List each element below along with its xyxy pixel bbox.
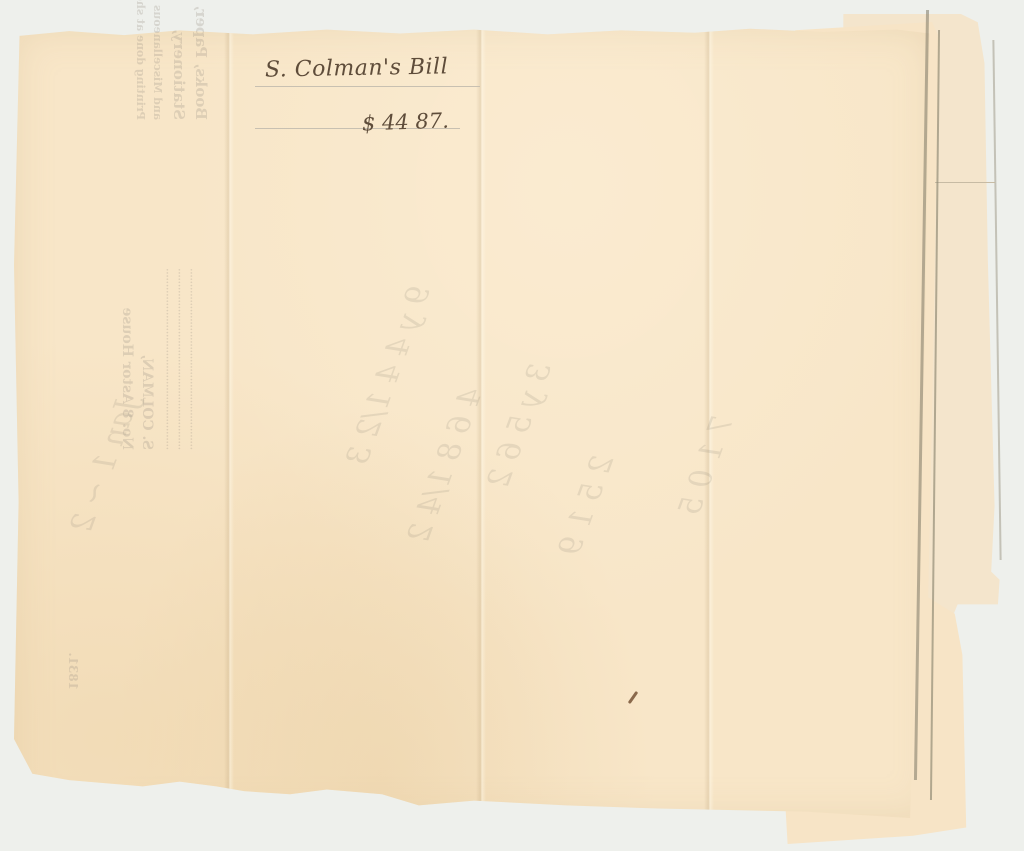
ruled-line: [255, 86, 480, 87]
fold-line: [224, 28, 234, 818]
bleed-line: 1831.: [66, 652, 80, 690]
scan-canvas: 9 y 4 4 1/2 3 4 6 8 1/4 2 3 y 5 6 2 2 5 …: [0, 0, 1024, 851]
ink-speck: [628, 691, 638, 704]
bleed-line: S. COLMAN,: [139, 268, 155, 450]
bleed-handwriting: 3 y 5 6 2: [481, 358, 559, 493]
bleed-line: ········································…: [161, 268, 171, 450]
bleed-handwriting: 2 5 1 9: [552, 450, 621, 561]
bleed-line: ········································…: [173, 268, 183, 450]
flap-rule: [935, 182, 995, 183]
bleed-line: Printing done at short notice.: [134, 0, 147, 120]
bleed-line: Stationery,: [170, 0, 188, 120]
docket-amount: $ 44 87.: [362, 108, 450, 135]
bleed-line: Books, Paper, and Fancy: [192, 0, 210, 120]
bleed-handwriting: 9 y 4 4 1/2 3: [340, 281, 438, 471]
bleed-line: ········································…: [185, 268, 195, 450]
bleed-billhead: Books, Paper, and Fancy Stationery, and …: [134, 0, 210, 120]
bleed-line: No. 8 Astor House: [119, 268, 135, 450]
docket-title: S. Colman's Bill: [265, 54, 449, 82]
bleed-billhead-address: ········································…: [119, 268, 195, 450]
bleed-handwriting: 7 1 0 5: [672, 410, 741, 521]
bleed-year: 1831.: [66, 652, 80, 690]
bleed-line: and Miscellaneous: [151, 0, 164, 120]
